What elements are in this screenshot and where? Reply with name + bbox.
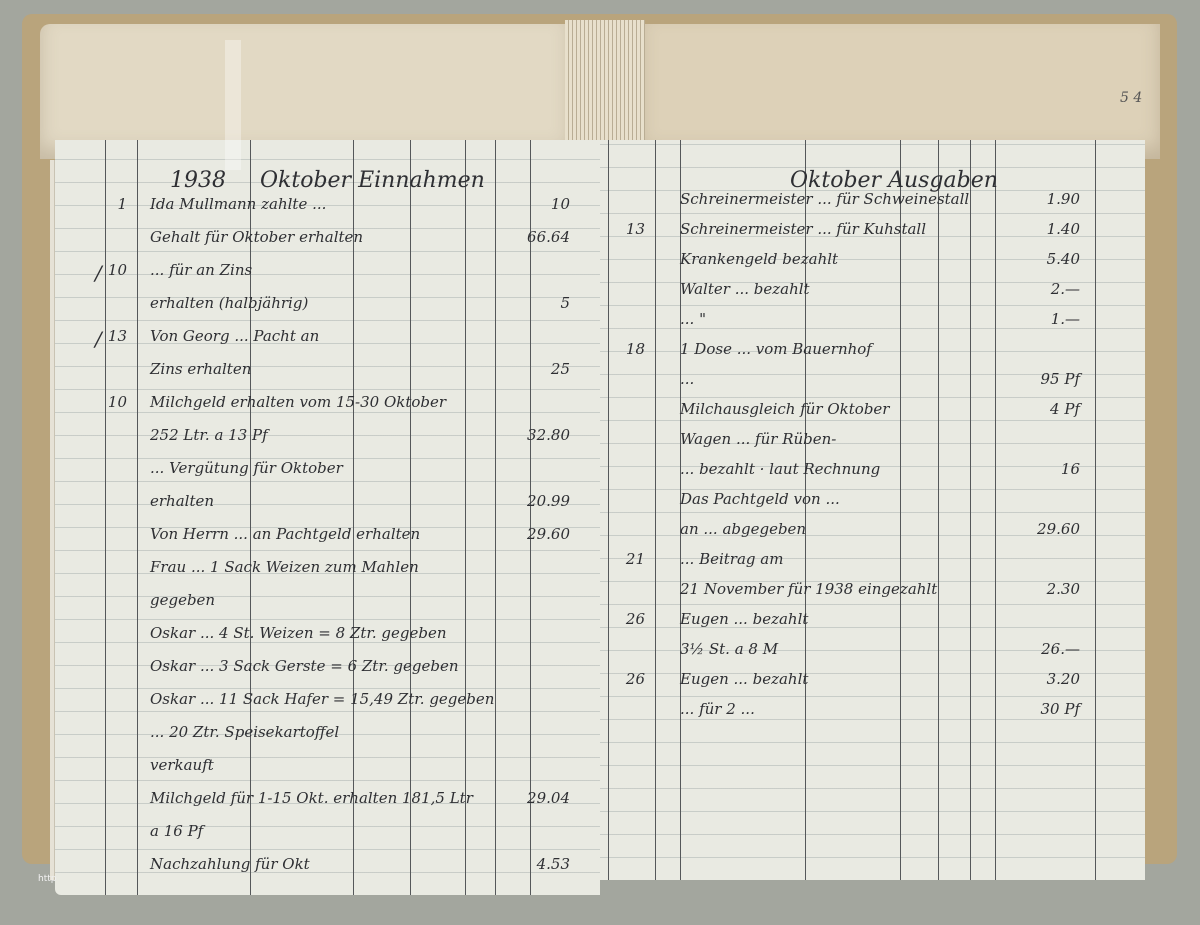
entry-description: an ... abgegeben [680, 520, 806, 538]
left-ledger-page: 1938 Oktober Einnahmen 1Ida Mullmann zah… [55, 140, 600, 895]
entry-amount: 32.80 [510, 426, 570, 444]
entry-amount: 10 [510, 195, 570, 213]
entry-description: Schreinermeister ... für Schweinestall [680, 190, 969, 208]
entry-description: Nachzahlung für Okt [150, 855, 310, 873]
ruling-line [530, 140, 531, 895]
entry-description: ... 20 Ztr. Speisekartoffel [150, 723, 339, 741]
entry-description: Oskar ... 3 Sack Gerste = 6 Ztr. gegeben [150, 657, 458, 675]
entry-amount: 5 [510, 294, 570, 312]
entry-description: Schreinermeister ... für Kuhstall [680, 220, 926, 238]
entry-day: 13 [97, 327, 127, 345]
ruling-line [970, 140, 971, 880]
entry-description: gegeben [150, 591, 215, 609]
entry-description: Von Georg ... Pacht an [150, 327, 319, 345]
entry-day: 18 [615, 340, 645, 358]
entry-day: 21 [615, 550, 645, 568]
ruling-line [655, 140, 656, 880]
left-heading-title: Oktober Einnahmen [260, 168, 485, 193]
entry-amount: 20.99 [510, 492, 570, 510]
entry-description: 21 November für 1938 eingezahlt [680, 580, 937, 598]
light-glare [225, 40, 241, 170]
ruling-line [608, 140, 609, 880]
entry-description: Milchausgleich für Oktober [680, 400, 889, 418]
entry-amount: 1.40 [1020, 220, 1080, 238]
entry-amount: 2.— [1020, 280, 1080, 298]
entry-description: Eugen ... bezahlt [680, 670, 808, 688]
ruling-line [465, 140, 466, 895]
entry-description: verkauft [150, 756, 214, 774]
entry-amount: 29.60 [1020, 520, 1080, 538]
ruling-line [105, 140, 106, 895]
entry-description: Oskar ... 4 St. Weizen = 8 Ztr. gegeben [150, 624, 447, 642]
entry-description: ... Beitrag am [680, 550, 783, 568]
left-flyleaf [40, 24, 570, 159]
corner-pencil-note: 5 4 [1120, 90, 1142, 106]
entry-description: ... " [680, 310, 706, 328]
entry-description: Oskar ... 11 Sack Hafer = 15,49 Ztr. geg… [150, 690, 494, 708]
entry-amount: 66.64 [510, 228, 570, 246]
ruling-line [410, 140, 411, 895]
entry-amount: 30 Pf [1020, 700, 1080, 718]
entry-amount: 4 Pf [1020, 400, 1080, 418]
book-spine [565, 20, 645, 145]
entry-description: Ida Mullmann zahlte ... [150, 195, 326, 213]
entry-amount: 1.— [1020, 310, 1080, 328]
entry-description: ... Vergütung für Oktober [150, 459, 343, 477]
entry-description: 252 Ltr. a 13 Pf [150, 426, 268, 444]
entry-description: ... für an Zins [150, 261, 252, 279]
entry-amount: 29.60 [510, 525, 570, 543]
ruling-line [137, 140, 138, 895]
entry-description: erhalten (halbjährig) [150, 294, 308, 312]
entry-amount: 5.40 [1020, 250, 1080, 268]
entry-description: a 16 Pf [150, 822, 203, 840]
entry-description: erhalten [150, 492, 214, 510]
entry-description: ... für 2 ... [680, 700, 755, 718]
entry-description: Gehalt für Oktober erhalten [150, 228, 363, 246]
entry-amount: 95 Pf [1020, 370, 1080, 388]
entry-description: Von Herrn ... an Pachtgeld erhalten [150, 525, 420, 543]
entry-description: Zins erhalten [150, 360, 251, 378]
entry-day: 10 [97, 261, 127, 279]
ruling-line [250, 140, 251, 895]
entry-amount: 4.53 [510, 855, 570, 873]
ruling-line [1095, 140, 1096, 880]
entry-description: Walter ... bezahlt [680, 280, 810, 298]
left-heading-year: 1938 [170, 168, 226, 193]
entry-description: Frau ... 1 Sack Weizen zum Mahlen [150, 558, 419, 576]
entry-day: 26 [615, 670, 645, 688]
entry-description: Wagen ... für Rüben- [680, 430, 836, 448]
entry-description: 1 Dose ... vom Bauernhof [680, 340, 872, 358]
entry-amount: 3.20 [1020, 670, 1080, 688]
ruling-line [353, 140, 354, 895]
entry-amount: 25 [510, 360, 570, 378]
entry-description: ... [680, 370, 694, 388]
entry-description: Das Pachtgeld von ... [680, 490, 840, 508]
entry-description: Milchgeld erhalten vom 15-30 Oktober [150, 393, 446, 411]
entry-day: 10 [97, 393, 127, 411]
watermark: http [38, 874, 56, 884]
entry-description: Krankengeld bezahlt [680, 250, 838, 268]
entry-description: Eugen ... bezahlt [680, 610, 808, 628]
entry-amount: 29.04 [510, 789, 570, 807]
ruling-line [995, 140, 996, 880]
ruling-line [495, 140, 496, 895]
entry-amount: 2.30 [1020, 580, 1080, 598]
entry-day: 26 [615, 610, 645, 628]
entry-amount: 1.90 [1020, 190, 1080, 208]
entry-description: 3½ St. a 8 M [680, 640, 778, 658]
ruling-line [938, 140, 939, 880]
entry-description: ... bezahlt · laut Rechnung [680, 460, 880, 478]
entry-day: 13 [615, 220, 645, 238]
entry-amount: 26.— [1020, 640, 1080, 658]
entry-day: 1 [97, 195, 127, 213]
entry-description: Milchgeld für 1-15 Okt. erhalten 181,5 L… [150, 789, 473, 807]
right-flyleaf [640, 24, 1160, 159]
ruling-line [900, 140, 901, 880]
right-ledger-page: Oktober Ausgaben Schreinermeister ... fü… [600, 140, 1145, 880]
entry-amount: 16 [1020, 460, 1080, 478]
